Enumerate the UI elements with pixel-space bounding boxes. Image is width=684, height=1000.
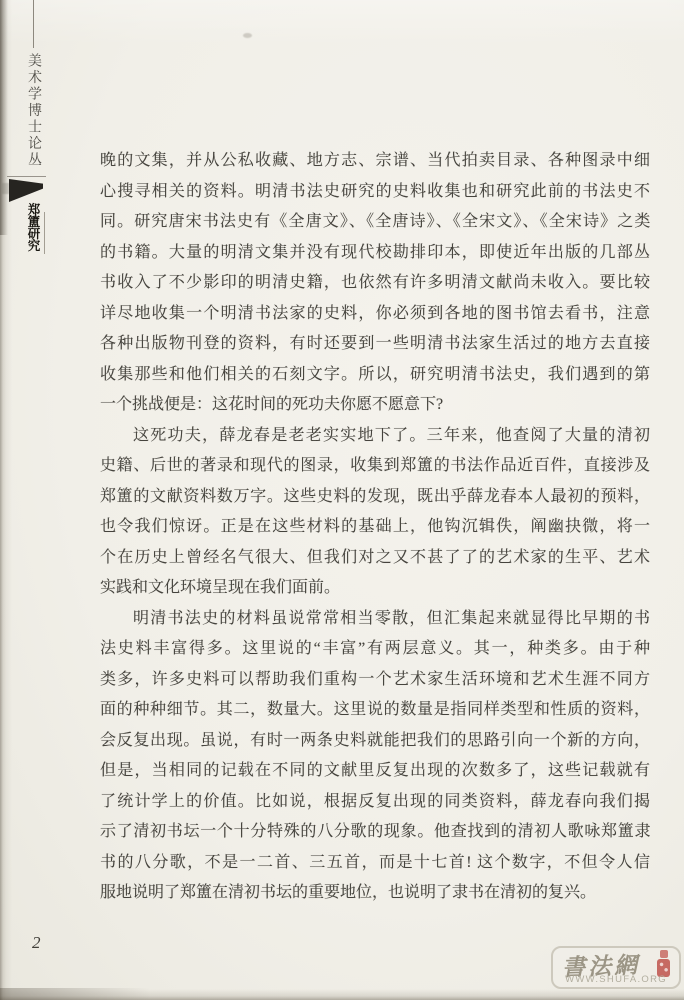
text-line: 类多，许多史料可以帮助我们重构一个艺术家生活环境和艺术生涯不同方 xyxy=(100,665,650,696)
text-line: 史籍、后世的著录和现代的图录，收集到郑簠的书法作品近百件，直接涉及 xyxy=(100,451,650,482)
body-text: 晚的文集，并从公私收藏、地方志、宗谱、当代拍卖目录、各种图录中细 心搜寻相关的资… xyxy=(100,146,650,909)
margin-smudge xyxy=(2,183,9,194)
text-line: 会反复出现。虽说，有时一两条史料就能把我们的思路引向一个新的方向， xyxy=(100,726,650,757)
text-line: 收集那些和他们相关的石刻文字。所以，研究明清书法史，我们遇到的第 xyxy=(100,360,650,391)
text-line: 明清书法史的材料虽说常常相当零散，但汇集起来就显得比早期的书 xyxy=(100,604,650,635)
text-line: 书的八分歌，不是一二首、三五首，而是十七首! 这个数字，不但令人信 xyxy=(100,848,650,879)
seal-icon xyxy=(657,950,670,977)
watermark-url: WWW.SHUFA.ORG xyxy=(553,974,679,985)
text-line: 个在历史上曾经名气很大、但我们对之又不甚了了的艺术家的生平、艺术 xyxy=(100,543,650,574)
sidebar-book-title: 郑簠研究 xyxy=(24,203,42,251)
text-line: 这死功夫，薛龙春是老老实实地下了。三年来，他查阅了大量的清初 xyxy=(100,421,650,452)
sidebar-top-rule xyxy=(33,0,34,48)
text-line: 郑簠的文献资料数万字。这些史料的发现，既出乎薛龙春本人最初的预料， xyxy=(100,482,650,513)
sidebar-series-title: 美术学博士论丛 xyxy=(23,53,43,169)
text-line: 面的种种细节。其二，数量大。这里说的数量是指同样类型和性质的资料， xyxy=(100,695,650,726)
sidebar-divider-rule xyxy=(7,176,46,177)
page-number: 2 xyxy=(32,933,41,953)
text-line: 也令我们惊讶。正是在这些材料的基础上，他钩沉辑佚，阐幽抉微，将一 xyxy=(100,512,650,543)
text-line: 实践和文化环境呈现在我们面前。 xyxy=(100,573,650,604)
text-line: 晚的文集，并从公私收藏、地方志、宗谱、当代拍卖目录、各种图录中细 xyxy=(100,146,650,177)
text-line: 了统计学上的价值。比如说，根据反复出现的同类资料，薛龙春向我们揭 xyxy=(100,787,650,818)
text-line: 的书籍。大量的明清文集并没有现代校勘排印本，即使近年出版的几部丛 xyxy=(100,238,650,269)
series-wedge-mark xyxy=(9,179,43,202)
text-line: 一个挑战便是：这花时间的死功夫你愿不愿意下? xyxy=(100,390,650,421)
watermark: 書法網 WWW.SHUFA.ORG xyxy=(551,946,681,989)
page-edge-shadow-top-left xyxy=(0,0,8,235)
text-line: 同。研究唐宋书法史有《全唐文》、《全唐诗》、《全宋文》、《全宋诗》之类 xyxy=(100,207,650,238)
book-page-scan: 美术学博士论丛 郑簠研究 晚的文集，并从公私收藏、地方志、宗谱、当代拍卖目录、各… xyxy=(0,0,684,1000)
text-line: 但是，当相同的记载在不同的文献里反复出现的次数多了，这些记载就有 xyxy=(100,756,650,787)
page-edge-shadow-bottom-left xyxy=(0,988,150,1000)
text-line: 法史料丰富得多。这里说的“丰富”有两层意义。其一，种类多。由于种 xyxy=(100,634,650,665)
text-line: 服地说明了郑簠在清初书坛的重要地位，也说明了隶书在清初的复兴。 xyxy=(100,878,650,909)
sidebar-side-rule xyxy=(44,212,45,254)
text-line: 各种出版物刊登的资料，有时还要到一些明清书法家生活过的地方去直接 xyxy=(100,329,650,360)
text-line: 示了清初书坛一个十分特殊的八分歌的现象。他查找到的清初人歌咏郑簠隶 xyxy=(100,817,650,848)
text-line: 书收入了不少影印的明清史籍，也依然有许多明清文献尚未收入。要比较 xyxy=(100,268,650,299)
text-line: 心搜寻相关的资料。明清书法史研究的史料收集也和研究此前的书法史不 xyxy=(100,177,650,208)
scan-smudge xyxy=(243,33,252,38)
text-line: 详尽地收集一个明清书法家的史料，你必须到各地的图书馆去看书，注意 xyxy=(100,299,650,330)
